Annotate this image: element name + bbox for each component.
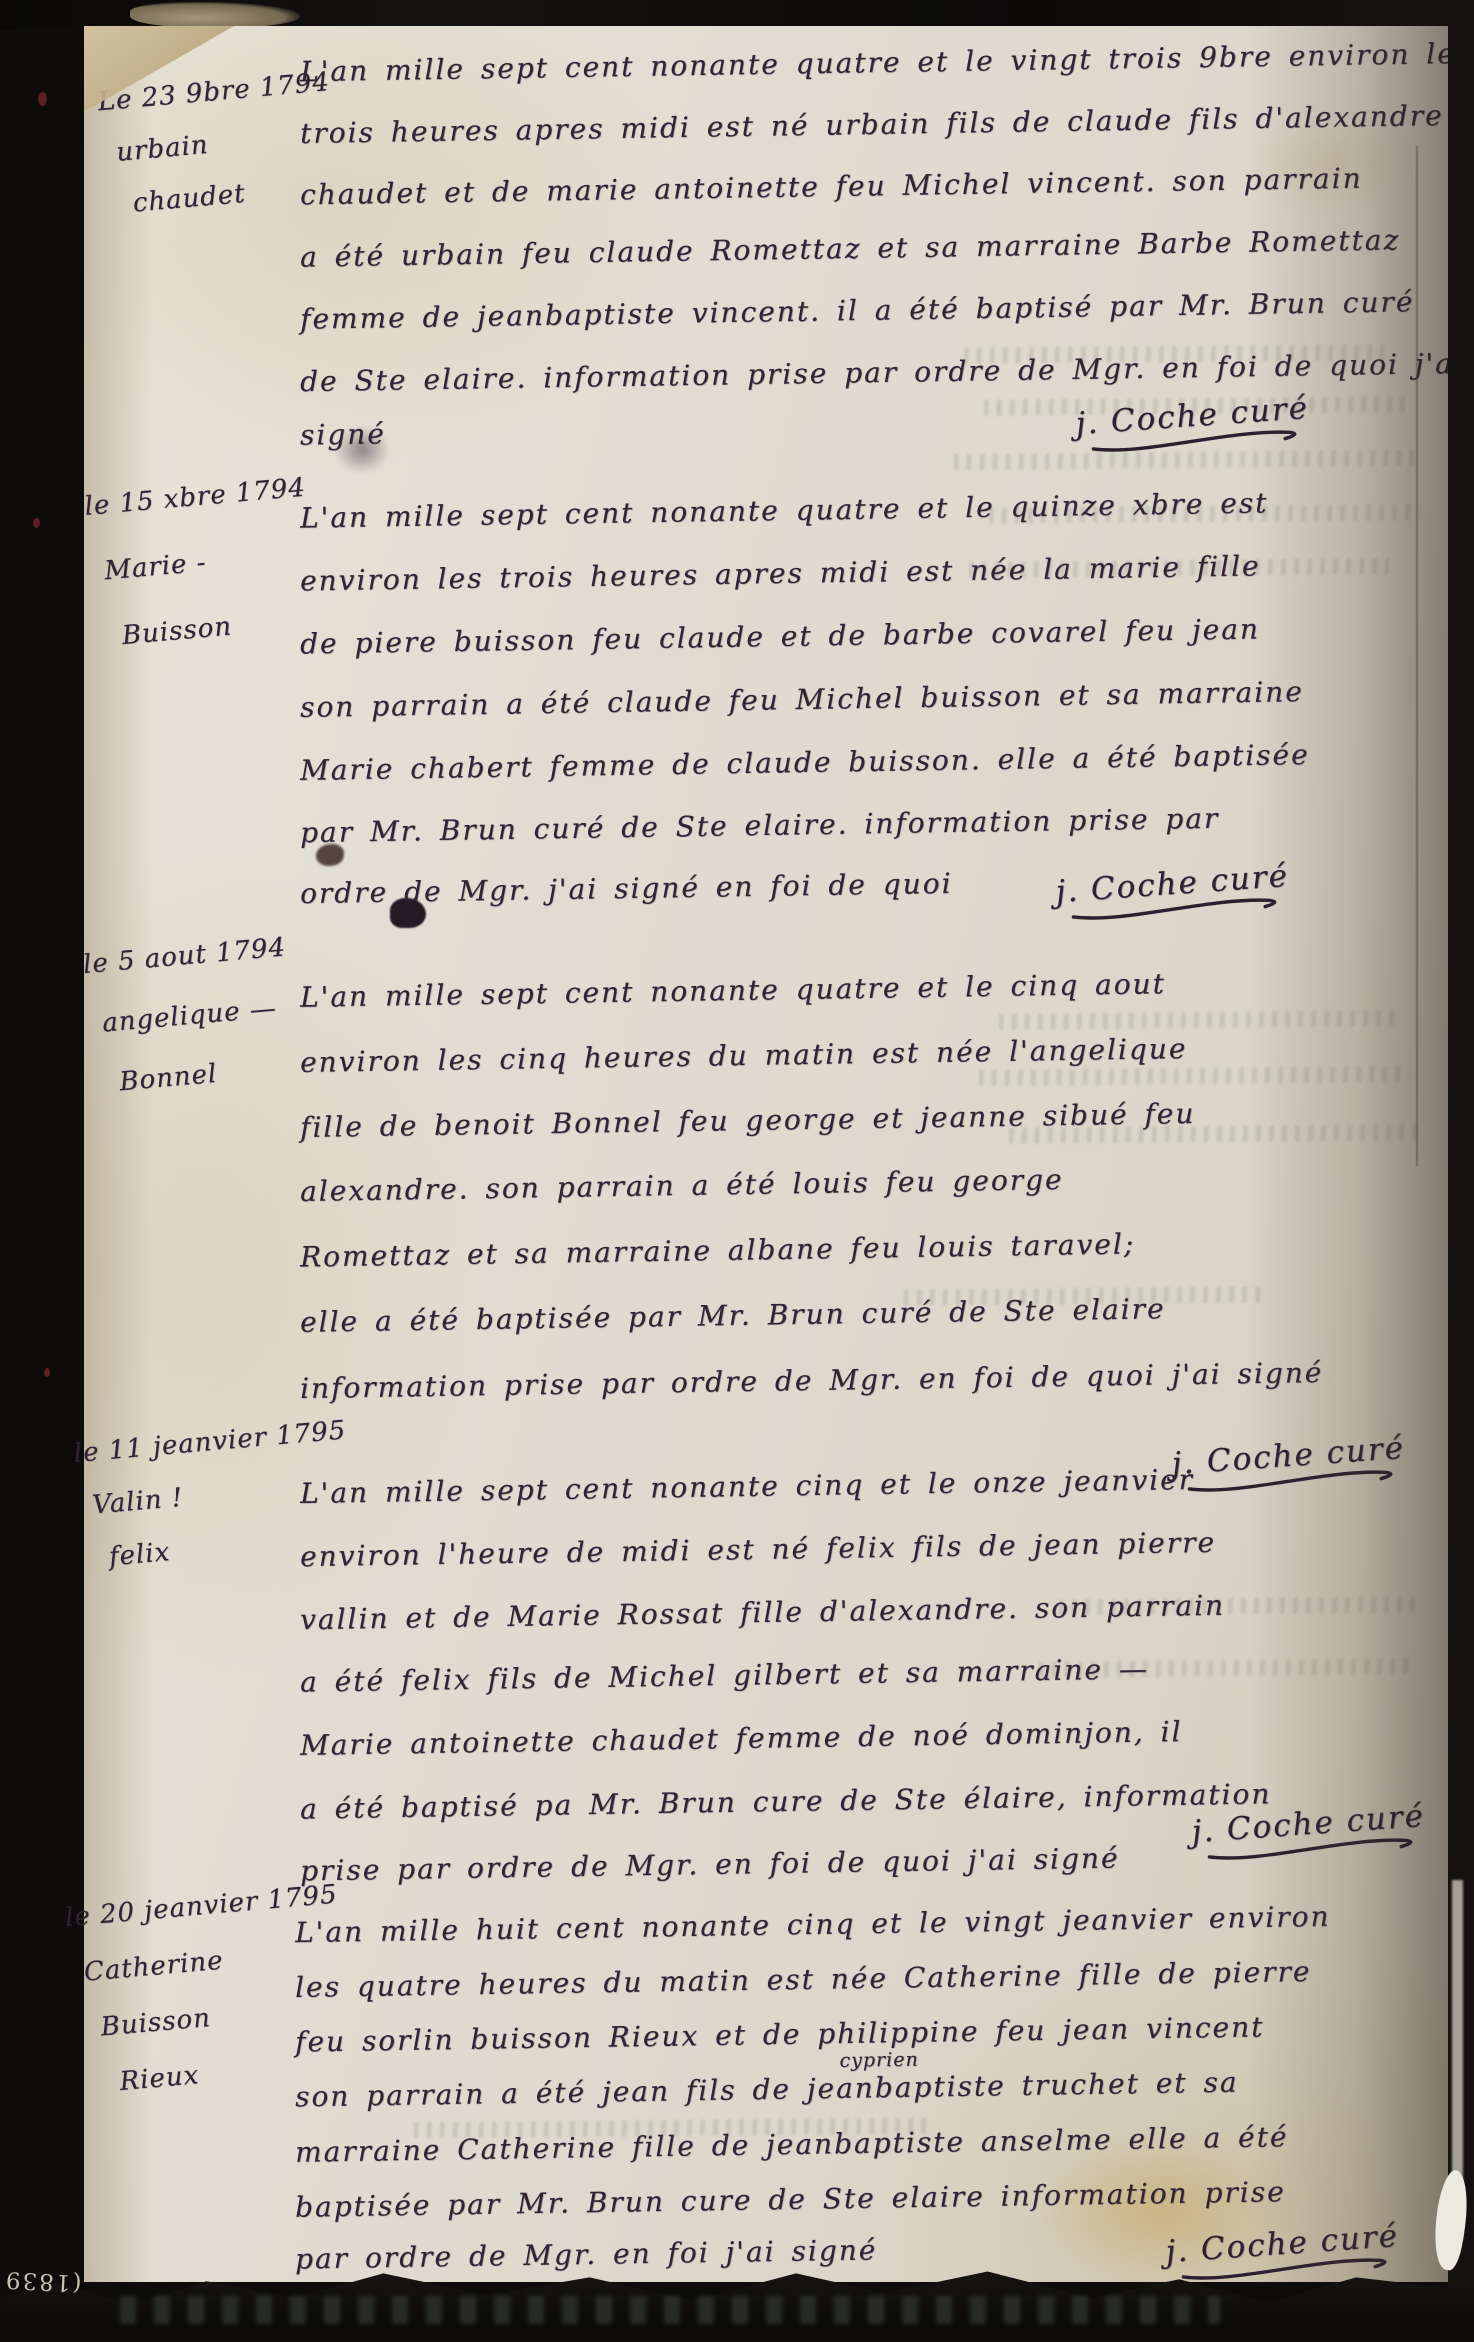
scanned-register-page: Le 23 9bre 1794urbainchaudetL'an mille s… xyxy=(0,0,1474,2342)
red-speck xyxy=(44,1368,50,1377)
record-text-line: les quatre heures du matin est née Cathe… xyxy=(295,1955,1312,2004)
torn-binding-edge xyxy=(0,0,88,2342)
record-text-line: marraine Catherine fille de jeanbaptiste… xyxy=(295,2120,1289,2169)
paper-fragment xyxy=(130,2,300,28)
paper-sheet: Le 23 9bre 1794urbainchaudetL'an mille s… xyxy=(84,26,1448,2282)
printed-bleedthrough xyxy=(120,2296,1220,2324)
archive-stamp: (1839 xyxy=(3,2266,82,2296)
red-speck xyxy=(38,92,47,106)
baptism-record-catherine-buisson: le 20 jeanvier 1795CatherineBuissonRieux… xyxy=(84,26,1448,2282)
record-text-line: baptisée par Mr. Brun cure de Ste elaire… xyxy=(295,2175,1286,2224)
red-speck xyxy=(33,518,40,528)
record-text-line: son parrain a été jean fils de jeanbapti… xyxy=(295,2066,1239,2114)
record-text-line: L'an mille huit cent nonante cinq et le … xyxy=(295,1900,1331,1949)
record-text-line: par ordre de Mgr. en foi j'ai signé xyxy=(295,2233,878,2275)
interline-insertion: cyprien xyxy=(839,2049,919,2072)
record-text-line: feu sorlin buisson Rieux et de philippin… xyxy=(295,2010,1265,2058)
page-gutter-shadow xyxy=(1246,26,1448,2282)
